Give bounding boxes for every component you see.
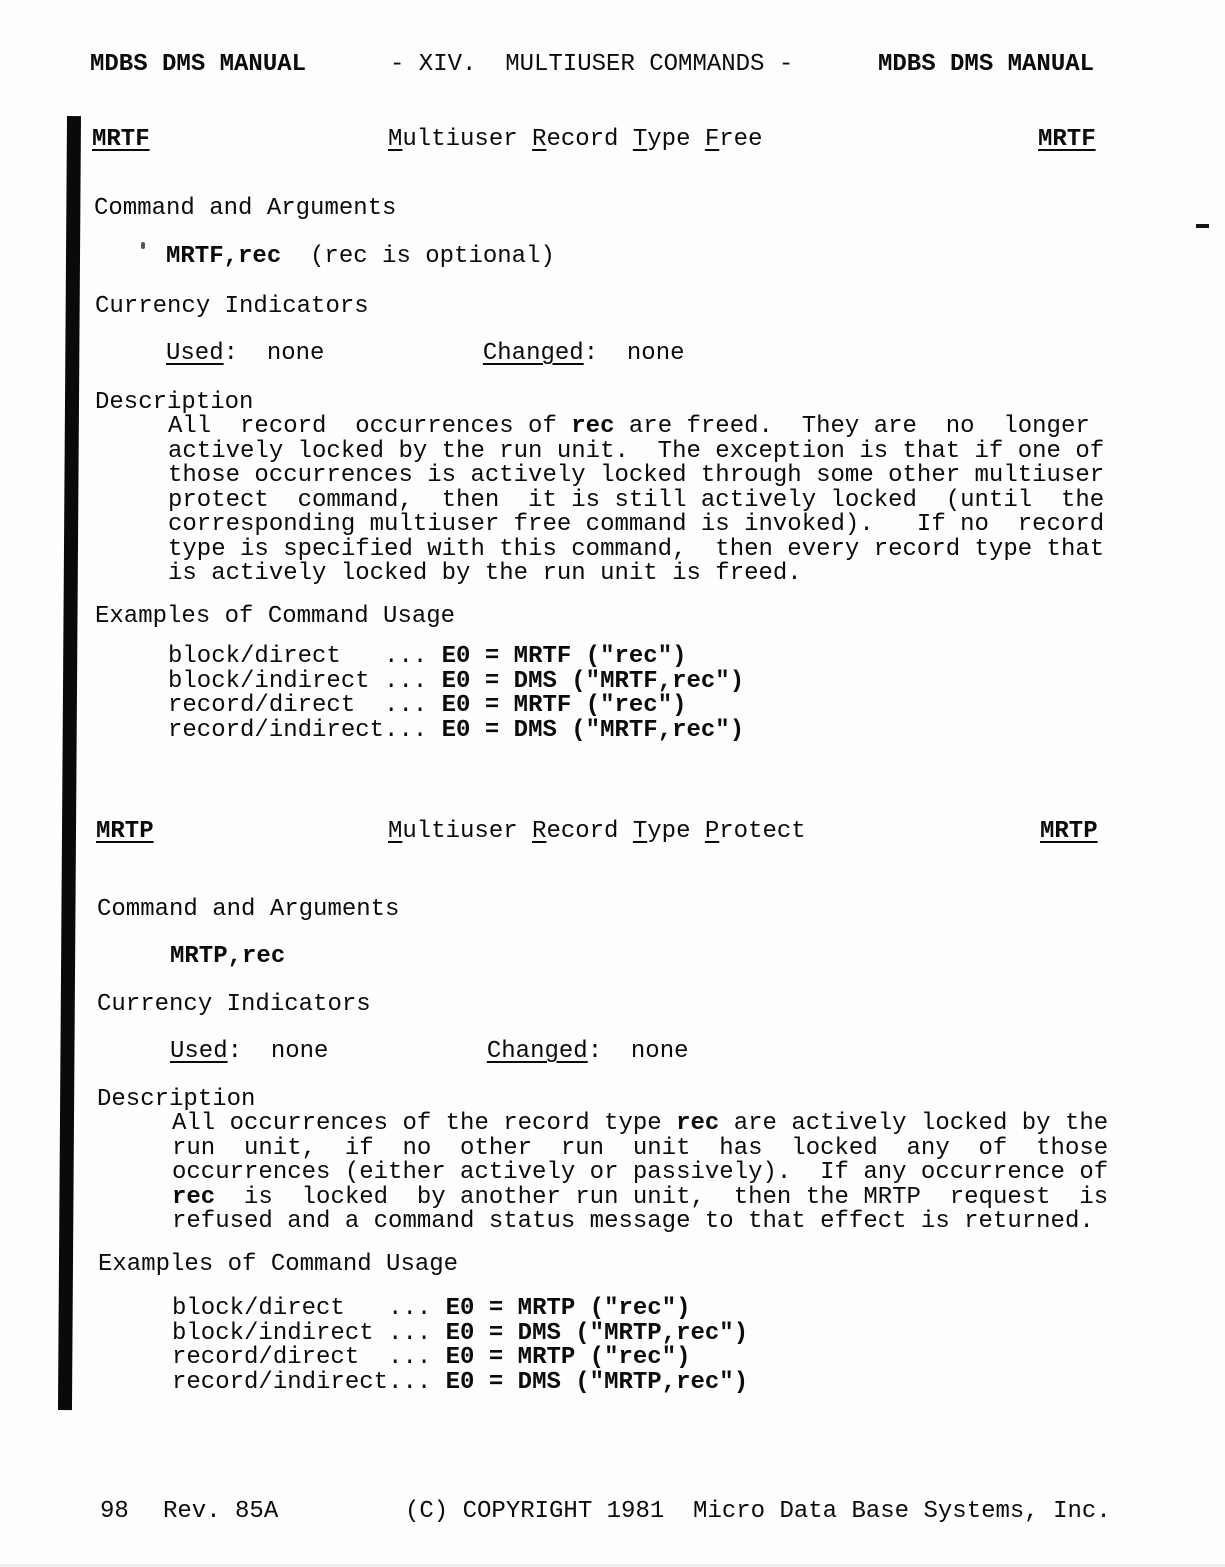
command-arguments-heading: Command and Arguments <box>94 197 396 222</box>
command-syntax-line: MRTP,rec <box>170 945 285 970</box>
text-segment: refused and a command status message to … <box>172 1208 1094 1235</box>
text-line: is actively locked by the run unit is fr… <box>168 562 1104 587</box>
text-segment: Changed <box>483 340 584 367</box>
text-segment: ultiuser <box>402 818 532 845</box>
text-segment: type is specified with this command, the… <box>168 536 1104 563</box>
text-segment: actively locked by the run unit. The exc… <box>168 438 1104 465</box>
text-line: occurrences (either actively or passivel… <box>172 1161 1108 1186</box>
text-segment: : none <box>588 1038 689 1065</box>
text-segment: record/direct ... <box>168 692 442 719</box>
text-segment: ype <box>647 126 705 153</box>
text-line: protect command, then it is still active… <box>168 489 1104 514</box>
header-chapter-title: - XIV. MULTIUSER COMMANDS - <box>390 53 793 78</box>
header-right-title: MDBS DMS MANUAL <box>878 53 1094 78</box>
text-segment: E0 = DMS ("MRTF,rec") <box>442 717 744 744</box>
text-segment: E0 = MRTP ("rec") <box>446 1344 691 1371</box>
text-segment: ype <box>647 818 705 845</box>
currency-indicators-line: Used: none Changed: none <box>166 342 685 367</box>
text-segment: E0 = DMS ("MRTP,rec") <box>446 1369 748 1396</box>
description-paragraph: All record occurrences of rec are freed.… <box>168 415 1104 587</box>
text-segment: : none <box>228 1038 487 1065</box>
scan-speck-artifact <box>141 242 145 249</box>
text-segment: rotect <box>719 818 805 845</box>
text-segment: ree <box>719 126 762 153</box>
manual-page: MDBS DMS MANUAL - XIV. MULTIUSER COMMAND… <box>0 0 1225 1567</box>
command-mnemonic-left: MRTF <box>92 128 150 153</box>
text-segment: : none <box>584 340 685 367</box>
text-segment: is locked by another run unit, then the … <box>215 1184 1108 1211</box>
command-mnemonic-left: MRTP <box>96 820 154 845</box>
text-segment: record/indirect... <box>172 1369 446 1396</box>
text-segment: rec <box>676 1110 719 1137</box>
text-segment: are actively locked by the <box>719 1110 1108 1137</box>
text-line: block/indirect ... E0 = DMS ("MRTF,rec") <box>168 670 744 695</box>
text-segment: All record occurrences of <box>168 413 571 440</box>
text-segment: M <box>388 818 402 845</box>
text-segment: M <box>388 126 402 153</box>
text-line: block/indirect ... E0 = DMS ("MRTP,rec") <box>172 1322 748 1347</box>
description-heading: Description <box>97 1088 255 1113</box>
text-segment: block/indirect ... <box>168 668 442 695</box>
text-line: All record occurrences of rec are freed.… <box>168 415 1104 440</box>
text-segment: those occurrences is actively locked thr… <box>168 462 1104 489</box>
text-segment: T <box>633 126 647 153</box>
text-segment: block/direct ... <box>172 1295 446 1322</box>
text-segment: ecord <box>546 126 632 153</box>
text-line: corresponding multiuser free command is … <box>168 513 1104 538</box>
revision-label: Rev. 85A <box>163 1500 278 1525</box>
text-line: block/direct ... E0 = MRTP ("rec") <box>172 1297 748 1322</box>
text-segment: record/direct ... <box>172 1344 446 1371</box>
description-paragraph: All occurrences of the record type rec a… <box>172 1112 1108 1235</box>
text-segment: Used <box>170 1038 228 1065</box>
text-segment: MRTP <box>96 818 154 845</box>
copyright-notice: (C) COPYRIGHT 1981 Micro Data Base Syste… <box>405 1500 1111 1525</box>
text-segment: E0 = DMS ("MRTF,rec") <box>442 668 744 695</box>
text-segment: protect command, then it is still active… <box>168 487 1104 514</box>
text-line: refused and a command status message to … <box>172 1210 1108 1235</box>
text-segment: E0 = DMS ("MRTP,rec") <box>446 1320 748 1347</box>
text-segment: MRTF <box>92 126 150 153</box>
text-line: those occurrences is actively locked thr… <box>168 464 1104 489</box>
text-segment: (rec is optional) <box>281 243 555 270</box>
text-segment: R <box>532 818 546 845</box>
text-line: record/indirect... E0 = DMS ("MRTP,rec") <box>172 1371 748 1396</box>
text-line: actively locked by the run unit. The exc… <box>168 440 1104 465</box>
example-code-block: block/direct ... E0 = MRTF ("rec")block/… <box>168 645 744 743</box>
page-number: 98 <box>100 1500 129 1525</box>
text-segment: rec <box>172 1184 215 1211</box>
text-line: run unit, if no other run unit has locke… <box>172 1137 1108 1162</box>
text-segment: MRTP <box>1040 818 1098 845</box>
command-mnemonic-right: MRTF <box>1038 128 1096 153</box>
text-line: block/direct ... E0 = MRTF ("rec") <box>168 645 744 670</box>
text-line: rec is locked by another run unit, then … <box>172 1186 1108 1211</box>
text-segment: rec <box>571 413 614 440</box>
example-code-block: block/direct ... E0 = MRTP ("rec")block/… <box>172 1297 748 1395</box>
text-segment: MRTP,rec <box>170 943 285 970</box>
text-segment: record/indirect... <box>168 717 442 744</box>
text-segment: F <box>705 126 719 153</box>
text-line: All occurrences of the record type rec a… <box>172 1112 1108 1137</box>
text-line: record/indirect... E0 = DMS ("MRTF,rec") <box>168 719 744 744</box>
text-segment: ecord <box>546 818 632 845</box>
command-mnemonic-right: MRTP <box>1040 820 1098 845</box>
examples-heading: Examples of Command Usage <box>95 605 455 630</box>
text-segment: block/direct ... <box>168 643 442 670</box>
text-line: type is specified with this command, the… <box>168 538 1104 563</box>
text-segment: P <box>705 818 719 845</box>
text-segment: Used <box>166 340 224 367</box>
text-segment: run unit, if no other run unit has locke… <box>172 1135 1108 1162</box>
text-segment: ultiuser <box>402 126 532 153</box>
text-segment: E0 = MRTF ("rec") <box>442 692 687 719</box>
text-segment: MRTF <box>1038 126 1096 153</box>
header-left-title: MDBS DMS MANUAL <box>90 53 306 78</box>
text-segment: T <box>633 818 647 845</box>
description-heading: Description <box>95 391 253 416</box>
margin-dash-artifact <box>1196 224 1209 228</box>
text-segment: : none <box>224 340 483 367</box>
binding-bar-artifact <box>58 116 81 1410</box>
currency-indicators-heading: Currency Indicators <box>97 993 371 1018</box>
examples-heading: Examples of Command Usage <box>98 1253 458 1278</box>
command-syntax-line: MRTF,rec (rec is optional) <box>166 245 555 270</box>
text-segment: corresponding multiuser free command is … <box>168 511 1104 538</box>
command-full-name: Multiuser Record Type Free <box>388 128 763 153</box>
text-segment: Changed <box>487 1038 588 1065</box>
text-segment: MRTF,rec <box>166 243 281 270</box>
text-segment: are freed. They are no longer <box>614 413 1089 440</box>
command-full-name: Multiuser Record Type Protect <box>388 820 806 845</box>
currency-indicators-heading: Currency Indicators <box>95 295 369 320</box>
text-line: record/direct ... E0 = MRTP ("rec") <box>172 1346 748 1371</box>
text-segment: occurrences (either actively or passivel… <box>172 1159 1108 1186</box>
text-segment: R <box>532 126 546 153</box>
text-segment: All occurrences of the record type <box>172 1110 676 1137</box>
text-segment: E0 = MRTP ("rec") <box>446 1295 691 1322</box>
text-segment: block/indirect ... <box>172 1320 446 1347</box>
currency-indicators-line: Used: none Changed: none <box>170 1040 689 1065</box>
command-arguments-heading: Command and Arguments <box>97 898 399 923</box>
text-segment: E0 = MRTF ("rec") <box>442 643 687 670</box>
text-line: record/direct ... E0 = MRTF ("rec") <box>168 694 744 719</box>
text-segment: is actively locked by the run unit is fr… <box>168 560 802 587</box>
